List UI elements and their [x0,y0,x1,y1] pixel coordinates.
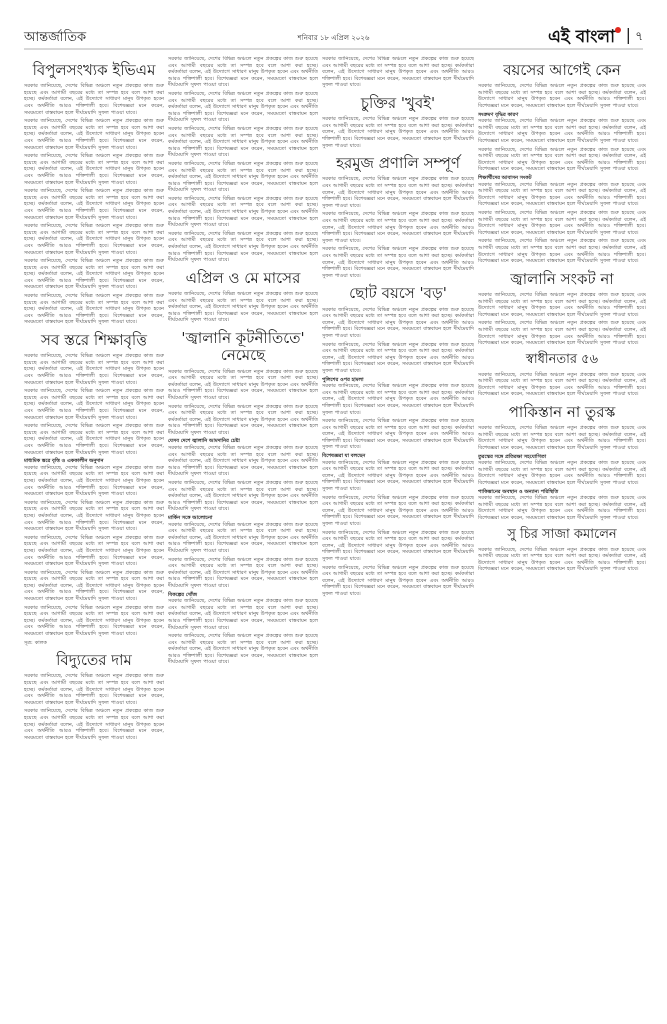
paragraph: সরকার জানিয়েছে, দেশের বিভিন্ন অঞ্চলে নত… [322,246,474,279]
separator: | [626,25,631,44]
brand-name: এই বাংলা [548,27,615,47]
headline-hormuz: হরমুজ প্রণালি সম্পূর্ণ [322,155,474,172]
column-2: সরকার জানিয়েছে, দেশের বিভিন্ন অঞ্চলে নত… [168,56,318,1016]
headline-pakistan-turkey: পাকিস্তান না তুরস্ক [478,404,646,421]
paragraph: সরকার জানিয়েছে, দেশের বিভিন্ন অঞ্চলে নত… [478,118,646,144]
issue-date: শনিবার ১৮ এপ্রিল ২০২৬ [298,32,370,44]
column-4: বয়সের আগেই কেন সরকার জানিয়েছে, দেশের ব… [478,56,646,1016]
paragraph: সরকার জানিয়েছে, দেশের বিভিন্ন অঞ্চলে নত… [24,570,164,603]
paragraph: সরকার জানিয়েছে, দেশের বিভিন্ন অঞ্চলে নত… [168,126,318,159]
brand-logo: এই বাংলা [548,24,621,52]
page-number: ৭ [635,28,643,48]
article-pakistan-turkey-body: সরকার জানিয়েছে, দেশের বিভিন্ন অঞ্চলে নত… [478,425,646,521]
paragraph: সরকার জানিয়েছে, দেশের বিভিন্ন অঞ্চলে নত… [24,388,164,421]
paragraph: সরকার জানিয়েছে, দেশের বিভিন্ন অঞ্চলে নত… [168,161,318,194]
headline-evm: বিপুলসংখ্যক ইভিএম [24,62,164,79]
headline-deal: চুক্তির 'খুবই' [322,95,474,112]
paragraph: সরকার জানিয়েছে, দেশের বিভিন্ন অঞ্চলে নত… [168,231,318,264]
headline-scholarship: সব স্তরে শিক্ষাবৃত্তি [24,332,164,349]
headline-independence-56: স্বাধীনতার ৫৬ [478,353,646,368]
paragraph: সরকার জানিয়েছে, দেশের বিভিন্ন অঞ্চলে নত… [478,320,646,346]
subhead: শিক্ষার্থীদের আবাসন সংকট [478,175,646,182]
headline-electricity-price: বিদ্যুতের দাম [24,652,164,669]
paragraph: সরকার জানিয়েছে, দেশের বিভিন্ন অঞ্চলে নত… [322,383,474,416]
headline-suu-kyi: সু চির সাজা কমালেন [478,528,646,543]
paragraph: সরকার জানিয়েছে, দেশের বিভিন্ন অঞ্চলে নত… [24,353,164,386]
article-continued-body: সরকার জানিয়েছে, দেশের বিভিন্ন অঞ্চলে নত… [168,56,318,264]
paragraph: সরকার জানিয়েছে, দেশের বিভিন্ন অঞ্চলে নত… [322,307,474,340]
brand-sun-icon [615,27,621,33]
article-deal-body: সরকার জানিয়েছে, দেশের বিভিন্ন অঞ্চলে নত… [322,116,474,149]
paragraph: সরকার জানিয়েছে, দেশের বিভিন্ন অঞ্চলে নত… [322,116,474,149]
paragraph: সরকার জানিয়েছে, দেশের বিভিন্ন অঞ্চলে নত… [478,238,646,264]
paragraph: সরকার জানিয়েছে, দেশের বিভিন্ন অঞ্চলে নত… [168,598,318,631]
column-1: বিপুলসংখ্যক ইভিএম সরকার জানিয়েছে, দেশের… [24,56,164,1016]
section-label: আন্তর্জাতিক [24,28,86,49]
paragraph: সরকার জানিয়েছে, দেশের বিভিন্ন অঞ্চলে নত… [168,404,318,437]
paragraph: সরকার জানিয়েছে, দেশের বিভিন্ন অঞ্চলে নত… [168,196,318,229]
paragraph: সরকার জানিয়েছে, দেশের বিভিন্ন অঞ্চলে নত… [322,211,474,244]
paragraph: সরকার জানিয়েছে, দেশের বিভিন্ন অঞ্চলে নত… [478,210,646,236]
paragraph: সরকার জানিয়েছে, দেশের বিভিন্ন অঞ্চলে নত… [322,495,474,528]
paragraph: সরকার জানিয়েছে, দেশের বিভিন্ন অঞ্চলে নত… [168,56,318,89]
article-electricity-body: সরকার জানিয়েছে, দেশের বিভিন্ন অঞ্চলে নত… [24,673,164,741]
paragraph: সরকার জানিয়েছে, দেশের বিভিন্ন অঞ্চলে নত… [478,460,646,486]
paragraph: সরকার জানিয়েছে, দেশের বিভিন্ন অঞ্চলে নত… [24,500,164,533]
paragraph: সরকার জানিয়েছে, দেশের বিভিন্ন অঞ্চলে নত… [24,223,164,256]
subhead: পুলিশের ওপর হামলা [322,377,474,384]
paragraph: সরকার জানিয়েছে, দেশের বিভিন্ন অঞ্চলে নত… [478,147,646,173]
paragraph: সরকার জানিয়েছে, দেশের বিভিন্ন অঞ্চলে নত… [24,153,164,186]
paragraph: সরকার জানিয়েছে, দেশের বিভিন্ন অঞ্চলে নত… [168,522,318,555]
subhead: মাধ্যমিক স্তরে বৃত্তি ও এককালীন অনুদান [24,458,164,465]
subhead: মার্কিন সঙ্গে আলোচনা [168,515,318,522]
paragraph: সরকার জানিয়েছে, দেশের বিভিন্ন অঞ্চলে নত… [24,258,164,291]
headline-before-age: বয়সের আগেই কেন [478,62,646,79]
article-hormuz-body: সরকার জানিয়েছে, দেশের বিভিন্ন অঞ্চলে নত… [322,176,474,279]
paragraph: সরকার জানিয়েছে, দেশের বিভিন্ন অঞ্চলে নত… [24,118,164,151]
paragraph: সরকার জানিয়েছে, দেশের বিভিন্ন অঞ্চলে নত… [168,633,318,666]
paragraph: সরকার জানিয়েছে, দেশের বিভিন্ন অঞ্চলে নত… [322,565,474,598]
headline-april-may: এপ্রিল ও মে মাসের [168,270,318,287]
paragraph: সরকার জানিয়েছে, দেশের বিভিন্ন অঞ্চলে নত… [478,372,646,398]
article-before-age-body: সরকার জানিয়েছে, দেশের বিভিন্ন অঞ্চলে নত… [478,83,646,264]
headline-energy-diplomacy: 'জ্বালানি কূটনীতিতে' নেমেছে [168,330,318,365]
paragraph: সরকার জানিয়েছে, দেশের বিভিন্ন অঞ্চলে নত… [478,292,646,318]
article-energy-diplomacy-body: সরকার জানিয়েছে, দেশের বিভিন্ন অঞ্চলে নত… [168,369,318,667]
paragraph: সরকার জানিয়েছে, দেশের বিভিন্ন অঞ্চলে নত… [24,293,164,326]
paragraph: সরকার জানিয়েছে, দেশের বিভিন্ন অঞ্চলে নত… [478,83,646,109]
paragraph: সরকার জানিয়েছে, দেশের বিভিন্ন অঞ্চলে নত… [168,91,318,124]
paragraph: সরকার জানিয়েছে, দেশের বিভিন্ন অঞ্চলে নত… [478,182,646,208]
masthead: আন্তর্জাতিক শনিবার ১৮ এপ্রিল ২০২৬ এই বাং… [24,28,643,50]
paragraph: সরকার জানিয়েছে, দেশের বিভিন্ন অঞ্চলে নত… [322,176,474,209]
paragraph: সরকার জানিয়েছে, দেশের বিভিন্ন অঞ্চলে নত… [322,56,474,89]
paragraph: সরকার জানিয়েছে, দেশের বিভিন্ন অঞ্চলে নত… [168,480,318,513]
article-independence-body: সরকার জানিয়েছে, দেশের বিভিন্ন অঞ্চলে নত… [478,372,646,398]
headline-young-age: ছোট বয়সে 'বড়' [322,285,474,302]
paragraph: সরকার জানিয়েছে, দেশের বিভিন্ন অঞ্চলে নত… [24,673,164,706]
subhead: যেসব দেশে জ্বালানি আমদানির চেষ্টা [168,438,318,445]
column-3: সরকার জানিয়েছে, দেশের বিভিন্ন অঞ্চলে নত… [322,56,474,1016]
subhead: বিকল্পের খোঁজ [168,592,318,599]
article-energy-crisis-body: সরকার জানিয়েছে, দেশের বিভিন্ন অঞ্চলে নত… [478,292,646,347]
article-evm-body: সরকার জানিয়েছে, দেশের বিভিন্ন অঞ্চলে নত… [24,83,164,326]
article-continued-body: সরকার জানিয়েছে, দেশের বিভিন্ন অঞ্চলে নত… [322,56,474,89]
paragraph: সরকার জানিয়েছে, দেশের বিভিন্ন অঞ্চলে নত… [168,445,318,478]
subhead: তুরস্কের সঙ্গে প্রতিরক্ষা সহযোগিতা [478,454,646,461]
paragraph: সরকার জানিয়েছে, দেশের বিভিন্ন অঞ্চলে নত… [24,423,164,456]
paragraph: সরকার জানিয়েছে, দেশের বিভিন্ন অঞ্চলে নত… [322,418,474,451]
subhead: বিশেষজ্ঞরা যা বলছেন [322,453,474,460]
paragraph: সরকার জানিয়েছে, দেশের বিভিন্ন অঞ্চলে নত… [24,188,164,221]
paragraph: সরকার জানিয়েছে, দেশের বিভিন্ন অঞ্চলে নত… [168,291,318,324]
paragraph: সরকার জানিয়েছে, দেশের বিভিন্ন অঞ্চলে নত… [168,557,318,590]
paragraph: সরকার জানিয়েছে, দেশের বিভিন্ন অঞ্চলে নত… [478,547,646,573]
paragraph: সরকার জানিয়েছে, দেশের বিভিন্ন অঞ্চলে নত… [24,708,164,741]
article-scholarship-body: সরকার জানিয়েছে, দেশের বিভিন্ন অঞ্চলে নত… [24,353,164,646]
paragraph: সরকার জানিয়েছে, দেশের বিভিন্ন অঞ্চলে নত… [478,495,646,521]
paragraph: সরকার জানিয়েছে, দেশের বিভিন্ন অঞ্চলে নত… [24,605,164,638]
headline-energy-crisis: জ্বালানি সংকট না [478,271,646,288]
article-young-age-body: সরকার জানিয়েছে, দেশের বিভিন্ন অঞ্চলে নত… [322,307,474,598]
paragraph: সরকার জানিয়েছে, দেশের বিভিন্ন অঞ্চলে নত… [24,535,164,568]
paragraph: সরকার জানিয়েছে, দেশের বিভিন্ন অঞ্চলে নত… [24,465,164,498]
article-april-may-body: সরকার জানিয়েছে, দেশের বিভিন্ন অঞ্চলে নত… [168,291,318,324]
article-suu-kyi-body: সরকার জানিয়েছে, দেশের বিভিন্ন অঞ্চলে নত… [478,547,646,573]
subhead: সংক্রমণ বৃদ্ধির কারণ [478,112,646,119]
paragraph: সরকার জানিয়েছে, দেশের বিভিন্ন অঞ্চলে নত… [478,425,646,451]
paragraph: সরকার জানিয়েছে, দেশের বিভিন্ন অঞ্চলে নত… [168,369,318,402]
byline: সূত্র: কালক [24,640,164,647]
paragraph: সরকার জানিয়েছে, দেশের বিভিন্ন অঞ্চলে নত… [322,342,474,375]
paragraph: সরকার জানিয়েছে, দেশের বিভিন্ন অঞ্চলে নত… [322,530,474,563]
subhead: পাকিস্তানের অবস্থান ও অন্যান্য পরিস্থিতি [478,489,646,496]
paragraph: সরকার জানিয়েছে, দেশের বিভিন্ন অঞ্চলে নত… [24,83,164,116]
paragraph: সরকার জানিয়েছে, দেশের বিভিন্ন অঞ্চলে নত… [322,460,474,493]
